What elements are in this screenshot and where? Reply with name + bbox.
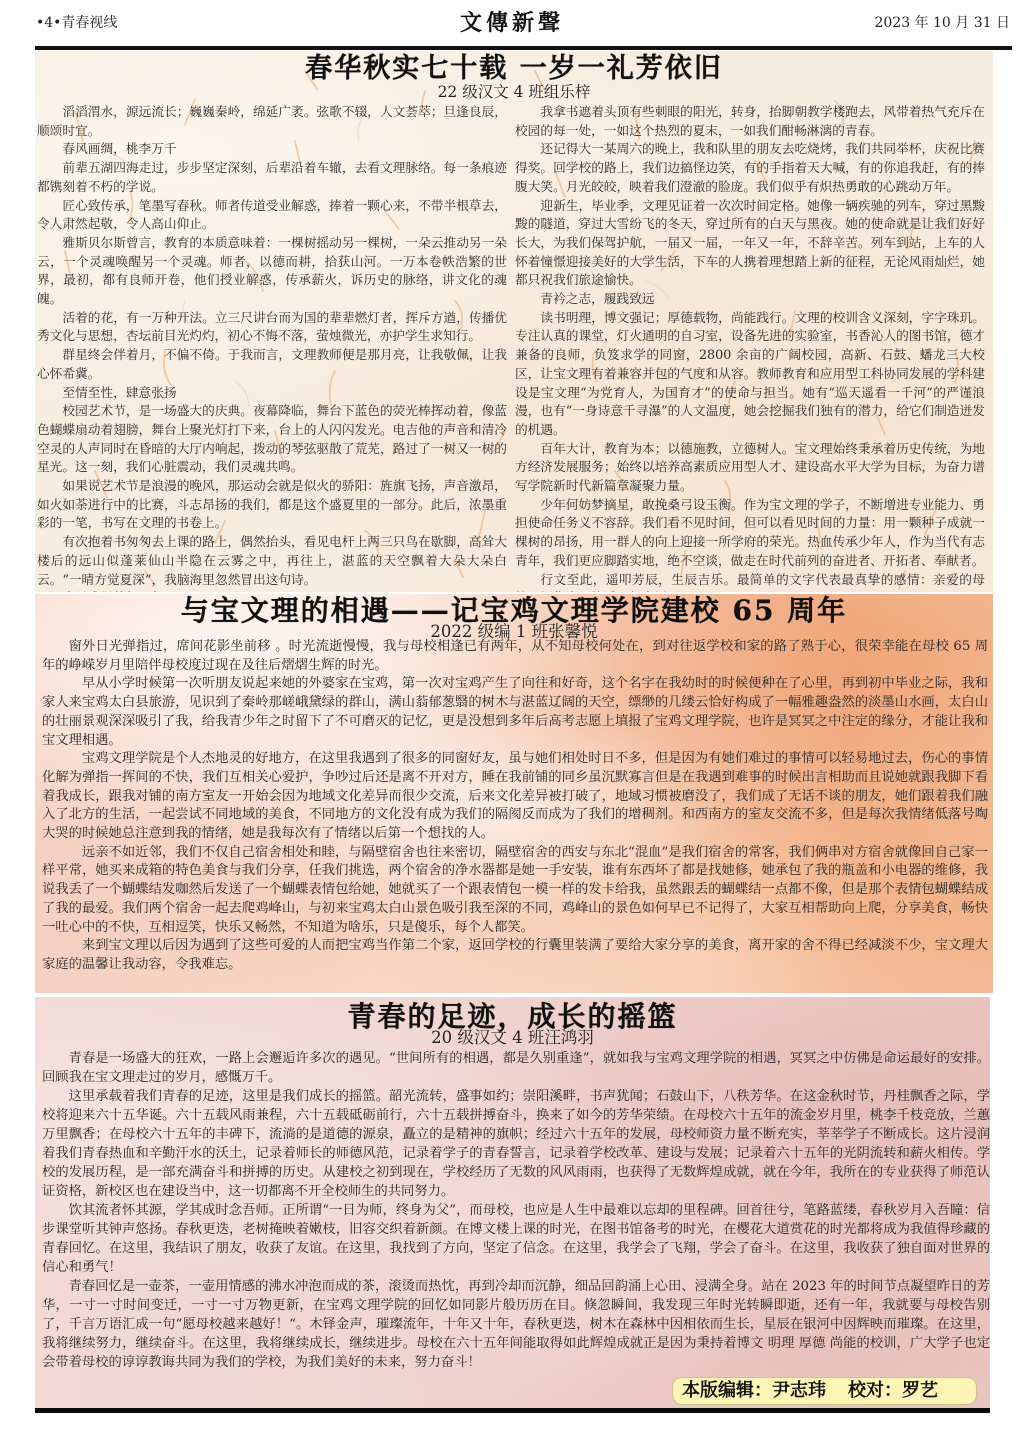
issue-date: 2023 年 10 月 31 日 <box>874 13 1010 33</box>
masthead-logo: 文傳新聲 <box>0 9 1024 37</box>
editor-credits-box: 本版编辑：尹志玮校对：罗艺 <box>672 1377 977 1405</box>
paragraph: 群星终会伴着月，不偏不倚。于我而言，文理教师便是那月亮，让我敬佩，让我心怀希冀。 <box>37 346 507 383</box>
paragraph: 饮其流者怀其源，学其成时念吾师。正所谓“一日为师，终身为父”，而母校，也应是人生… <box>42 1201 990 1277</box>
article-title: 春华秋实七十载 一岁一礼芳依旧 <box>35 54 993 84</box>
header-rule-divider <box>35 46 1012 50</box>
paragraph: 来到宝文理以后因为遇到了这些可爱的人而把宝鸡当作第二个家，返回学校的行囊里装满了… <box>42 937 988 974</box>
newspaper-page: •4•青春视线 文傳新聲 2023 年 10 月 31 日 <box>0 0 1024 1448</box>
article-body: 青春是一场盛大的狂欢，一路上会邂逅许多次的遇见。“世间所有的相遇，都是久别重逢”… <box>42 1049 990 1372</box>
article-1: 春华秋实七十载 一岁一礼芳依旧 22 级汉文 4 班组乐梓 滔滔渭水，源远流长；… <box>35 51 993 592</box>
paragraph: 少年何妨梦摘星，敢挽桑弓设玉衡。作为宝文理的学子，不断增进专业能力、勇担使命任务… <box>515 496 985 571</box>
paragraph: 行文至此，遥叩芳辰，生辰吉乐。最简单的文字代表最真挚的感情：亲爱的母校，祝你生日… <box>515 571 985 592</box>
article-column-right: 我拿书遮着头顶有些刺眼的阳光，转身，抬脚朝教学楼跑去，风带着热气充斥在校园的每一… <box>515 103 985 592</box>
article-byline: 20 级汉文 4 班汪鸿羽 <box>35 1028 990 1048</box>
paragraph: 雅斯贝尔斯曾言，教育的本质意味着：一棵树摇动另一棵树，一朵云推动另一朵云，一个灵… <box>37 234 507 309</box>
paragraph: 青春回忆是一壶茶，一壶用情感的沸水冲泡而成的茶，滚烫而热忱，再到冷却而沉静，细品… <box>42 1277 990 1372</box>
paragraph: 如果说艺术节是浪漫的晚风，那运动会就是似火的骄阳：旌旗飞扬，声音激昂，如火如荼进… <box>37 477 507 533</box>
paragraph: 匠心致传承，笔墨写春秋。师者传道受业解惑，捧着一颗心来，不带半根草去，令人肃然起… <box>37 197 507 234</box>
paragraph: 还记得大一某周六的晚上，我和队里的朋友去吃烧烤，我们共同举杯，庆祝比赛得奖。回学… <box>515 140 985 196</box>
article-column-left: 滔滔渭水，源远流长；巍巍秦岭，绵延广袤。弦歌不辍，人文荟萃；旦逢良辰，顺颂时宜。… <box>37 103 507 592</box>
paragraph: 窗外日光弹指过，席间花影坐前移 。时光流逝慢慢，我与母校相逢已有两年，从不知母校… <box>42 638 988 675</box>
paragraph: 宝鸡文理学院是个人杰地灵的好地方，在这里我遇到了很多的同窗好友，虽与她们相处时日… <box>42 750 988 844</box>
paragraph: 读书明理，博文强记；厚德载物，尚能践行。文理的校训含义深刻，字字珠玑。专注认真的… <box>515 309 985 440</box>
section-subheading: 至情至性，肆意张扬 <box>37 384 507 403</box>
paragraph: 活着的花，有一万种开法。立三尺讲台而为国的辈辈燃灯者，挥斥方遒，传播优秀文化与思… <box>37 309 507 346</box>
paragraph: 滔滔渭水，源远流长；巍巍秦岭，绵延广袤。弦歌不辍，人文荟萃；旦逢良辰，顺颂时宜。 <box>37 103 507 140</box>
article-byline: 22 级汉文 4 班组乐梓 <box>35 82 993 102</box>
paragraph: 校园艺术节，是一场盛大的庆典。夜幕降临，舞台下蓝色的荧光棒挥动着，像蓝色蝴蝶扇动… <box>37 402 507 477</box>
article-2: 与宝文理的相遇——记宝鸡文理学院建校 65 周年 2022 级编 1 班张馨悦 … <box>35 594 993 993</box>
article-body: 窗外日光弹指过，席间花影坐前移 。时光流逝慢慢，我与母校相逢已有两年，从不知母校… <box>42 638 988 975</box>
paragraph: 前辈五湖四海走过，步步坚定深刻，后辈沿着车辙，去看文理脉络。每一条痕迹都镌刻着不… <box>37 159 507 196</box>
editor-label: 本版编辑： <box>682 1380 772 1401</box>
paragraph: 青春是一场盛大的狂欢，一路上会邂逅许多次的遇见。“世间所有的相遇，都是久别重逢”… <box>42 1049 990 1087</box>
paragraph: 真是难得的好天气。 <box>37 589 507 592</box>
paragraph: 迎新生，毕业季，文理见证着一次次时间定格。她像一辆疾驰的列车，穿过黑黢黢的隧道，… <box>515 197 985 291</box>
paragraph: 早从小学时候第一次听朋友说起来她的外婆家在宝鸡，第一次对宝鸡产生了向往和好奇，这… <box>42 675 988 750</box>
paragraph: 百年大计，教育为本；以德施教，立德树人。宝文理始终秉承着历史传统，为地方经济发展… <box>515 440 985 496</box>
paragraph: 有次抱着书匆匆去上课的路上，偶然抬头，看见电杆上两三只鸟在歇脚，高耸大楼后的远山… <box>37 533 507 589</box>
section-subheading: 春风画绸，桃李万千 <box>37 140 507 159</box>
editor-name: 尹志玮 <box>772 1380 826 1401</box>
proofreader-label: 校对： <box>848 1380 902 1401</box>
paragraph: 我拿书遮着头顶有些刺眼的阳光，转身，抬脚朝教学楼跑去，风带着热气充斥在校园的每一… <box>515 103 985 140</box>
paragraph: 远亲不如近邻，我们不仅自己宿舍相处和睦，与隔壁宿舍也往来密切，隔壁宿舍的西安与东… <box>42 844 988 938</box>
paragraph: 这里承载着我们青春的足迹，这里是我们成长的摇篮。韶光流转，盛事如约；崇阳溪畔，书… <box>42 1087 990 1201</box>
section-subheading: 青衿之志，履践致远 <box>515 290 985 309</box>
proofreader-name: 罗艺 <box>902 1380 938 1401</box>
article-3: 青春的足迹，成长的摇篮 20 级汉文 4 班汪鸿羽 青春是一场盛大的狂欢，一路上… <box>35 997 990 1408</box>
footer-rule-divider <box>35 1408 990 1413</box>
